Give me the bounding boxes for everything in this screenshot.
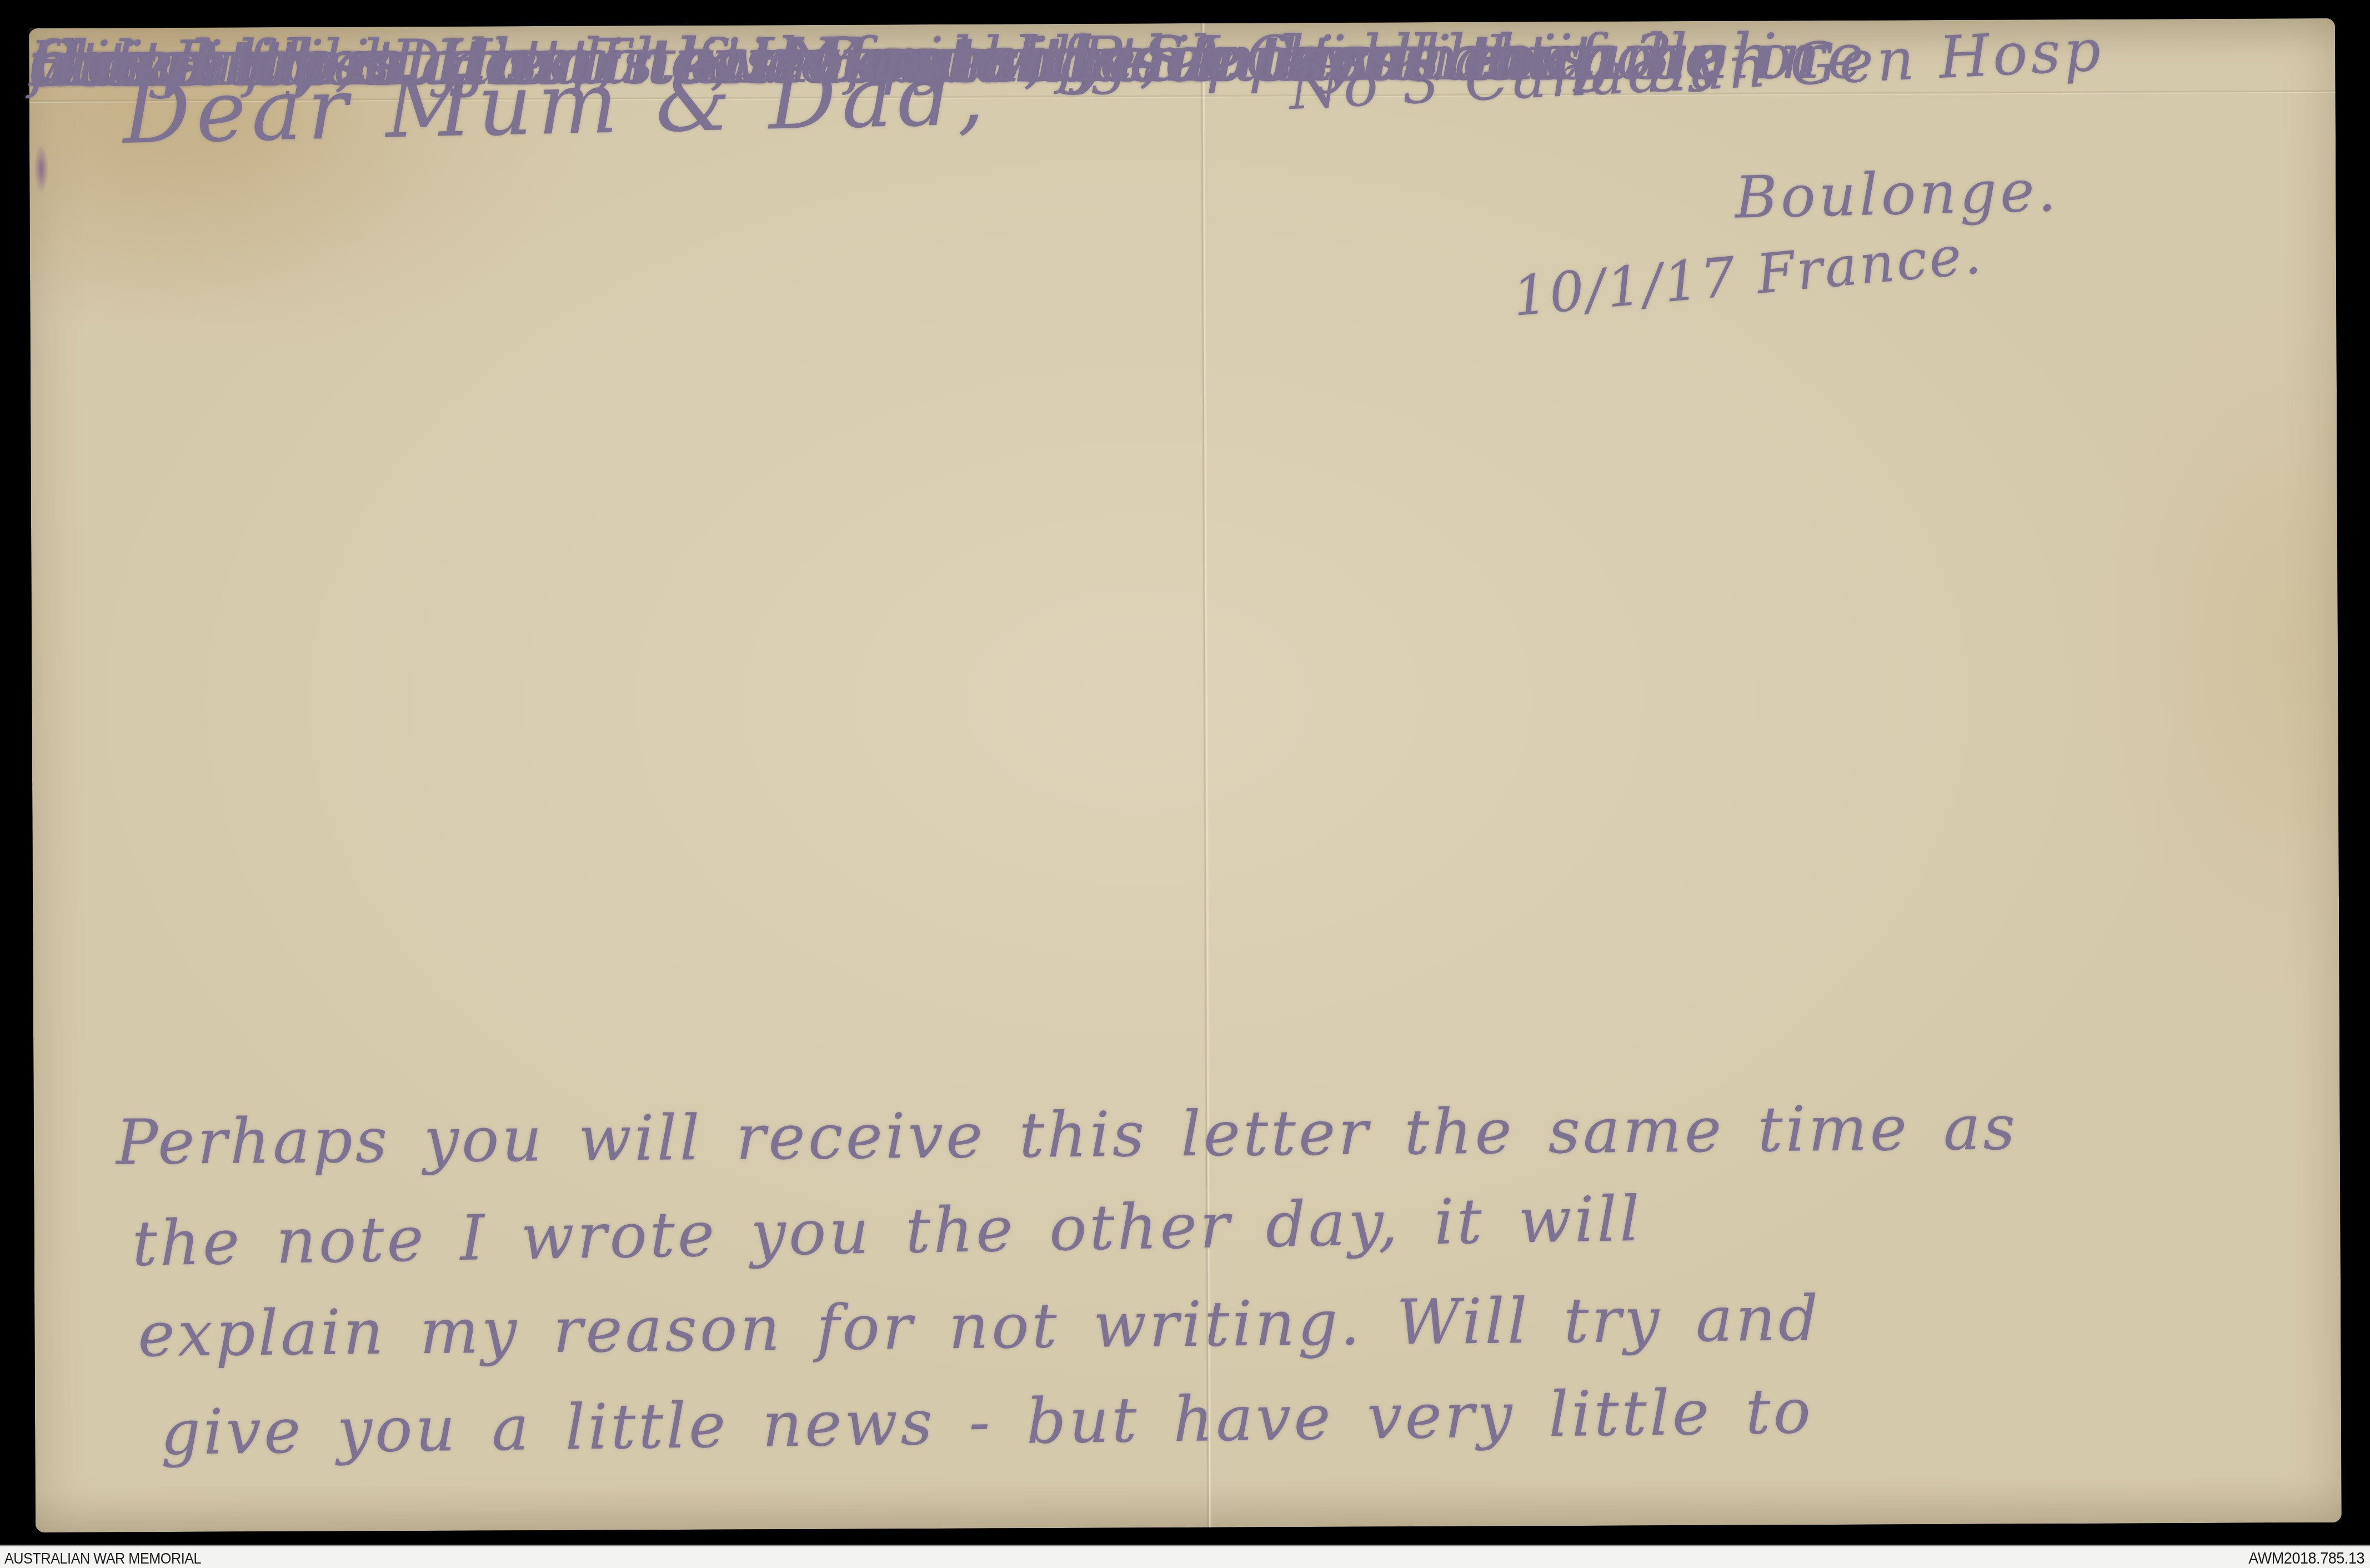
letter-line: give you a little news - but have very l…	[160, 1375, 1813, 1469]
letter-line: fitted up, Doctors & Nurses, Red Cross m…	[29, 21, 1867, 101]
accession-number: AWM2018.785.13	[2248, 1549, 2364, 1568]
address-line-date: 10/1/17 France.	[1510, 223, 1986, 329]
address-line-town: Boulonge.	[1734, 157, 2060, 232]
ink-smudge	[34, 144, 48, 194]
letter-line: Perhaps you will receive this letter the…	[116, 1091, 2018, 1179]
scan-background: Dear Mum & Dad, No 3 Canadian Gen Hosp B…	[0, 0, 2370, 1568]
archive-caption-bar: AUSTRALIAN WAR MEMORIAL AWM2018.785.13	[0, 1545, 2370, 1568]
institution-label: AUSTRALIAN WAR MEMORIAL	[4, 1550, 201, 1567]
letter-page: Dear Mum & Dad, No 3 Canadian Gen Hosp B…	[29, 18, 2342, 1532]
letter-line: explain my reason for not writing. Will …	[138, 1283, 1821, 1371]
letter-line: the note I wrote you the other day, it w…	[132, 1183, 1643, 1280]
